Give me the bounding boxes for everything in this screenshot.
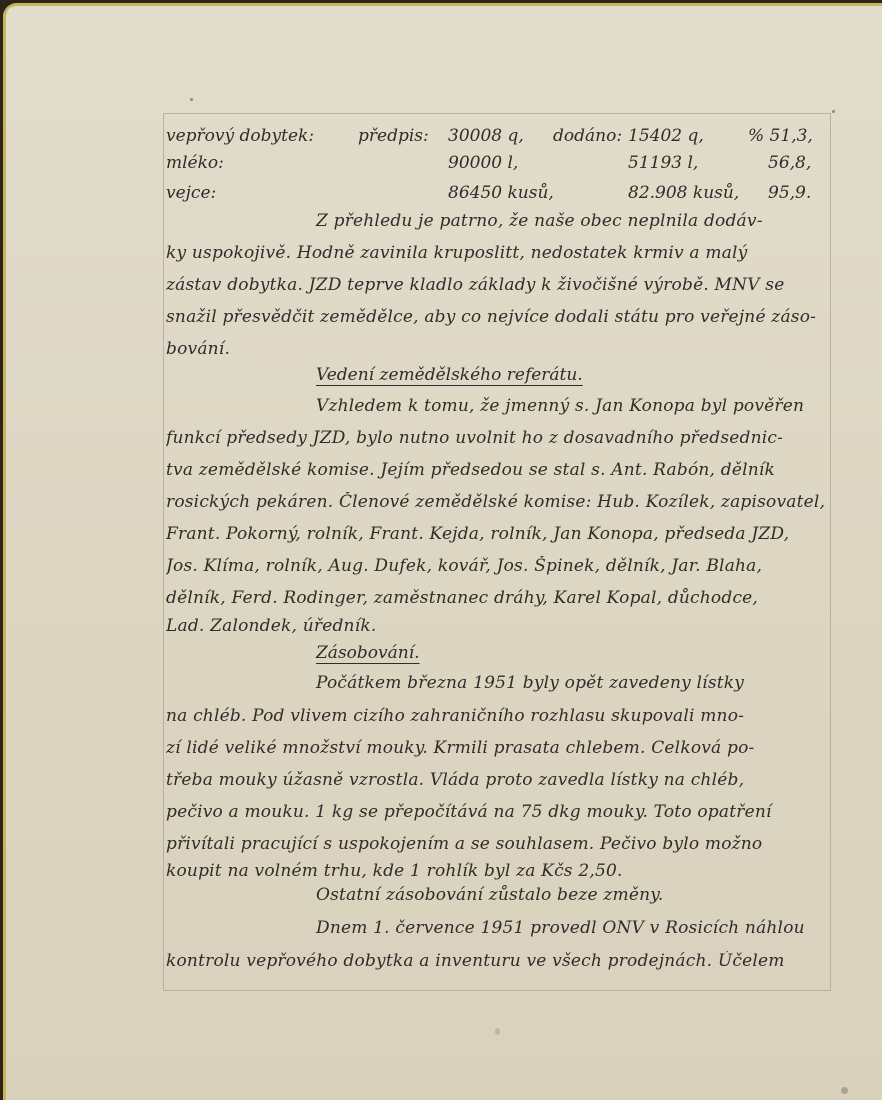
text-line: kontrolu vepřového dobytka a inventuru v… <box>166 951 828 971</box>
table-plan: 30008 q, <box>448 126 524 146</box>
section-heading-agriculture: Vedení zemědělského referátu. <box>316 365 583 385</box>
text-line: přivítali pracující s uspokojením a se s… <box>166 834 828 854</box>
paper-mark <box>832 110 835 113</box>
table-delivered: 15402 q, <box>628 126 704 146</box>
text-line: koupit na volném trhu, kde 1 rohlík byl … <box>166 861 828 881</box>
table-plan: 90000 l, <box>448 153 518 173</box>
table-delivered: 51193 l, <box>628 153 698 173</box>
text-line: zí lidé veliké množství mouky. Krmili pr… <box>166 738 828 758</box>
table-plan: 86450 kusů, <box>448 183 554 203</box>
table-delivered-label: dodáno: <box>553 126 622 146</box>
text-line: pečivo a mouku. 1 kg se přepočítává na 7… <box>166 802 828 822</box>
text-line: zástav dobytka. JZD teprve kladlo základ… <box>166 275 828 295</box>
paragraph-other-supply: Ostatní zásobování zůstalo beze změny. <box>166 885 828 905</box>
table-delivered: 82.908 kusů, <box>628 183 739 203</box>
paper-stain <box>495 1028 500 1035</box>
text-line: tva zemědělské komise. Jejím předsedou s… <box>166 460 828 480</box>
text-line: Vzhledem k tomu, že jmenný s. Jan Konopa… <box>166 396 828 416</box>
text-line: bování. <box>166 339 828 359</box>
table-item: vepřový dobytek: <box>166 126 314 146</box>
table-percent: % 51,3, <box>748 126 813 146</box>
text-line: funkcí předsedy JZD, bylo nutno uvolnit … <box>166 428 828 448</box>
text-line: Lad. Zalondek, úředník. <box>166 616 828 636</box>
text-line: Z přehledu je patrno, že naše obec nepln… <box>166 211 828 231</box>
table-percent: 56,8, <box>768 153 811 173</box>
table-percent: 95,9. <box>768 183 811 203</box>
text-line: rosických pekáren. Členové zemědělské ko… <box>166 492 828 512</box>
text-line: Dnem 1. července 1951 provedl ONV v Rosi… <box>166 918 828 938</box>
text-line: třeba mouky úžasně vzrostla. Vláda proto… <box>166 770 828 790</box>
text-line: ky uspokojivě. Hodně zavinila kruposlitt… <box>166 243 828 263</box>
text-line: dělník, Ferd. Rodinger, zaměstnanec dráh… <box>166 588 828 608</box>
table-item: vejce: <box>166 183 216 203</box>
document-page: vepřový dobytek: předpis: 30008 q, dodán… <box>3 3 882 1100</box>
text-line: Počátkem března 1951 byly opět zavedeny … <box>166 673 828 693</box>
section-heading-supply: Zásobování. <box>316 643 420 663</box>
text-line: Frant. Pokorný, rolník, Frant. Kejda, ro… <box>166 524 828 544</box>
text-line: na chléb. Pod vlivem cizího zahraničního… <box>166 706 828 726</box>
paper-stain <box>841 1087 848 1094</box>
text-line: snažil přesvědčit zemědělce, aby co nejv… <box>166 307 828 327</box>
table-item: mléko: <box>166 153 224 173</box>
text-line: Jos. Klíma, rolník, Aug. Dufek, kovář, J… <box>166 556 828 576</box>
paper-mark <box>190 98 193 101</box>
table-plan-label: předpis: <box>358 126 429 146</box>
